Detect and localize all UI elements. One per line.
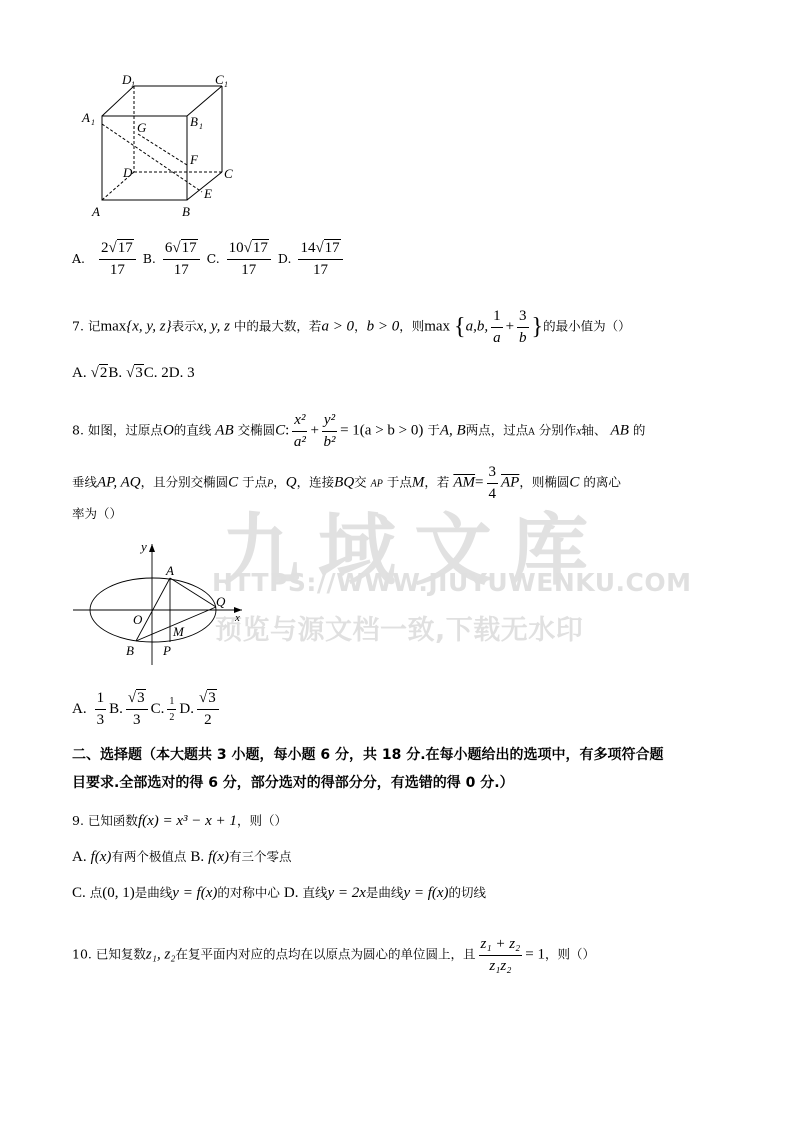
svg-text:1: 1 (91, 118, 95, 127)
svg-text:1: 1 (199, 122, 203, 131)
q9-options-ab: A. f(x)有两个极值点 B. f(x)有三个零点 (72, 850, 292, 865)
svg-text:A: A (91, 204, 100, 218)
svg-text:1: 1 (224, 80, 228, 89)
svg-text:D: D (122, 165, 133, 180)
svg-text:E: E (203, 186, 212, 201)
svg-text:A: A (165, 563, 174, 578)
q6-option-d[interactable]: D. 14√1717 (278, 251, 346, 266)
svg-text:y: y (139, 539, 147, 554)
q6-option-c[interactable]: C. 10√1717 (207, 251, 278, 266)
svg-text:x: x (234, 612, 240, 624)
q9-option-c[interactable]: C. 点(0, 1)是曲线y = f(x)的对称中心 (72, 885, 280, 900)
section2-heading-line1: 二、选择题（本大题共 3 小题，每小题 6 分，共 18 分.在每小题给出的选项… (72, 748, 664, 762)
q8-line3: 率为（） (72, 508, 122, 521)
q6-option-a[interactable]: A. 2√1717 (72, 251, 143, 266)
q6-options: A. 2√1717 B. 6√1717 C. 10√1717 D. 14√171… (72, 240, 346, 278)
q7-option-b[interactable]: B. √3 (108, 365, 143, 380)
q8-option-b[interactable]: B.√33 (109, 701, 151, 716)
q8-option-a[interactable]: A.13 (72, 701, 109, 716)
q7-options: A. √2B. √3C. 2D. 3 (72, 366, 195, 381)
q8-line1: 8. 如图，过原点O的直线 AB 交椭圆C:x²a²+y²b²= 1(a > b… (72, 412, 645, 450)
q8-option-c[interactable]: C.12 (151, 701, 180, 716)
q7-stem: 7. 记max{x, y, z}表示x, y, z 中的最大数，若a > 0，b… (72, 308, 631, 346)
q10-stem: 10. 已知复数z₁, z₂在复平面内对应的点均在以原点为圆心的单位圆上，且z₁… (72, 936, 595, 974)
svg-text:1: 1 (131, 80, 135, 89)
watermark-subtitle: 预览与源文档一致,下载无水印 (215, 608, 583, 647)
watermark-url: HTTPS://WWW.JIUYUWENKU.COM (212, 568, 691, 597)
q8-line2: 垂线AP, AQ，且分别交椭圆C 于点P，Q，连接BQ交 AP 于点M，若 AM… (72, 464, 621, 502)
q9-option-b[interactable]: B. f(x)有三个零点 (190, 849, 291, 864)
section2-heading-line2: 目要求.全部选对的得 6 分，部分选对的得部分分，有选错的得 0 分.） (72, 776, 514, 790)
q9-options-cd: C. 点(0, 1)是曲线y = f(x)的对称中心 D. 直线y = 2x是曲… (72, 886, 486, 901)
svg-text:C: C (215, 72, 224, 87)
ellipse-figure: y A Q x O M B P (70, 535, 250, 670)
svg-text:B: B (182, 204, 190, 218)
q9-option-d[interactable]: D. 直线y = 2x是曲线y = f(x)的切线 (284, 885, 486, 900)
q8-options: A.13B.√33C.12D.√32 (72, 690, 222, 728)
q7-option-cd[interactable]: C. 2D. 3 (144, 365, 195, 381)
svg-text:B: B (190, 114, 198, 129)
q8-option-d[interactable]: D.√32 (179, 701, 221, 716)
q9-stem: 9. 已知函数f(x) = x³ − x + 1，则（） (72, 814, 287, 829)
svg-text:A: A (81, 110, 90, 125)
svg-text:Q: Q (216, 594, 226, 609)
svg-text:P: P (162, 643, 171, 658)
svg-text:B: B (126, 643, 134, 658)
svg-text:G: G (137, 120, 147, 135)
svg-text:O: O (133, 612, 143, 627)
cube-figure: D1 C1 A1 G B1 F D C E A B (70, 68, 250, 218)
svg-text:F: F (189, 152, 199, 167)
svg-text:M: M (172, 624, 185, 639)
q7-option-a[interactable]: A. √2 (72, 365, 108, 380)
svg-text:C: C (224, 166, 233, 181)
q6-option-b[interactable]: B. 6√1717 (143, 251, 207, 266)
q9-option-a[interactable]: A. f(x)有两个极值点 (72, 849, 186, 864)
